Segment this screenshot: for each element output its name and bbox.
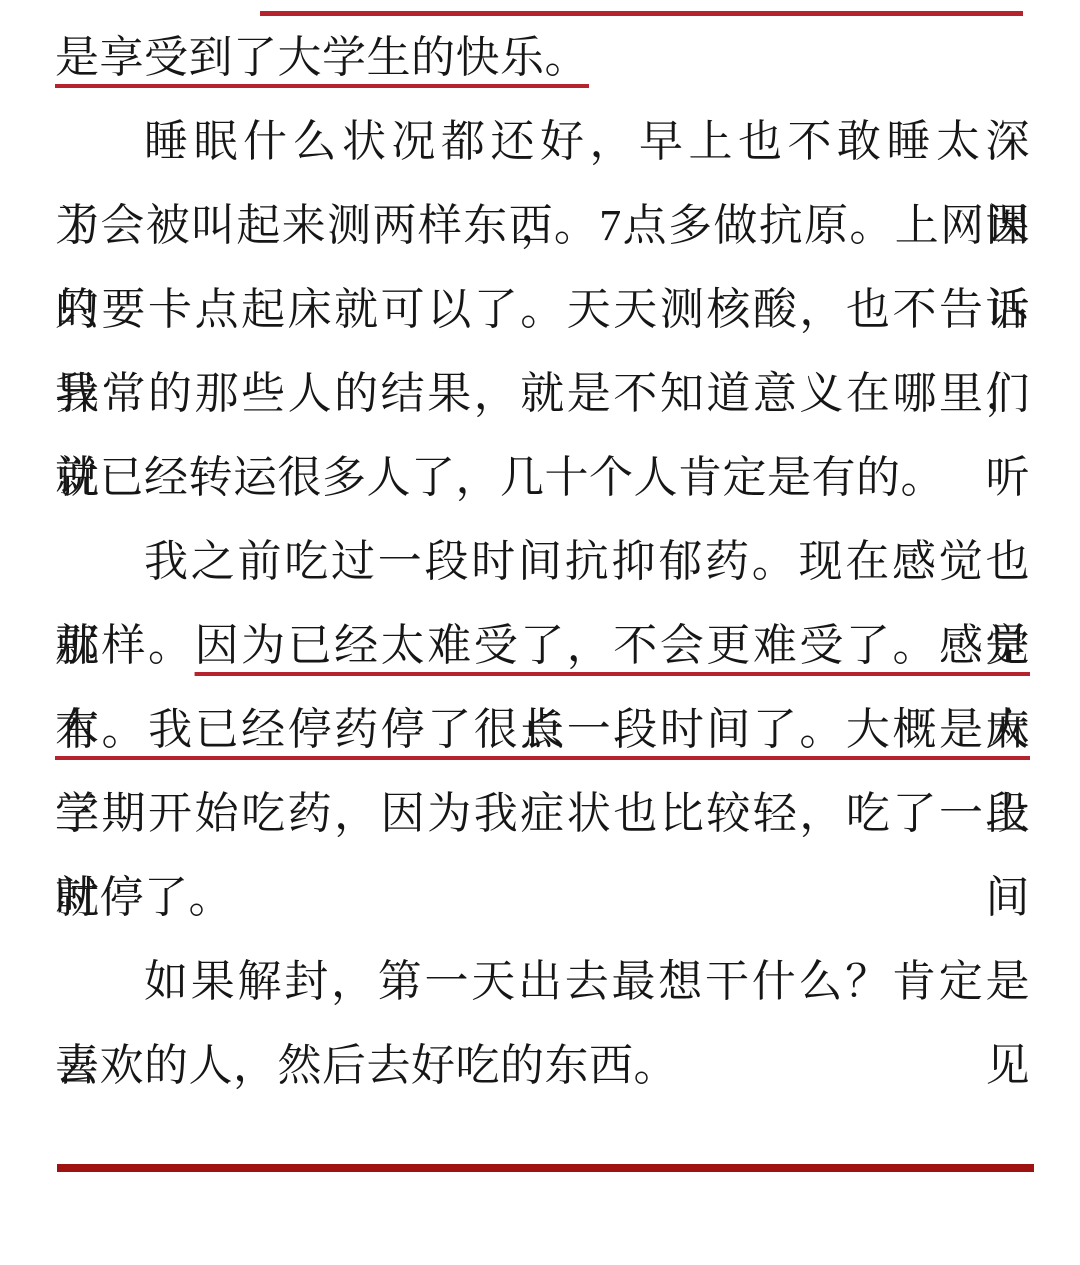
article-line: 只要卡点起床就可以了。天天测核酸，也不告诉我们 — [55, 268, 1030, 352]
article-line: 木。我已经停药停了很长一段时间了。大概是大三上 — [55, 688, 1030, 772]
article-line: 是享受到了大学生的快乐。 — [55, 16, 1030, 100]
article-line: 如果解封，第一天出去最想干什么？肯定是去见 — [55, 940, 1030, 1024]
article-line: 我之前吃过一段时间抗抑郁药。现在感觉也就是 — [55, 520, 1030, 604]
article-line: 说已经转运很多人了，几十个人肯定是有的。 — [55, 436, 1030, 520]
article-body: 是享受到了大学生的快乐。 睡眠什么状况都还好，早上也不敢睡太深了，因 为会被叫起… — [55, 16, 1030, 1108]
plain-text: 说已经转运很多人了，几十个人肯定是有的。 — [55, 453, 945, 502]
article-line: 睡眠什么状况都还好，早上也不敢睡太深了，因 — [55, 100, 1030, 184]
plain-text: 就停了。 — [55, 873, 233, 922]
underlined-text: 木。 — [55, 705, 148, 754]
article-line: 为会被叫起来测两样东西。7点多做抗原。上网课的话 — [55, 184, 1030, 268]
article-line: 那样。因为已经太难受了，不会更难受了。感觉有点麻 — [55, 604, 1030, 688]
plain-text: 那样。 — [55, 621, 195, 670]
article-line: 学期开始吃药，因为我症状也比较轻，吃了一段时间 — [55, 772, 1030, 856]
article-line: 异常的那些人的结果，就是不知道意义在哪里，就听 — [55, 352, 1030, 436]
bottom-divider-rule — [57, 1164, 1034, 1172]
plain-text: 喜欢的人，然后去好吃的东西。 — [55, 1041, 678, 1090]
article-page: 是享受到了大学生的快乐。 睡眠什么状况都还好，早上也不敢睡太深了，因 为会被叫起… — [0, 0, 1080, 1265]
underlined-text: 是享受到了大学生的快乐。 — [55, 33, 589, 82]
